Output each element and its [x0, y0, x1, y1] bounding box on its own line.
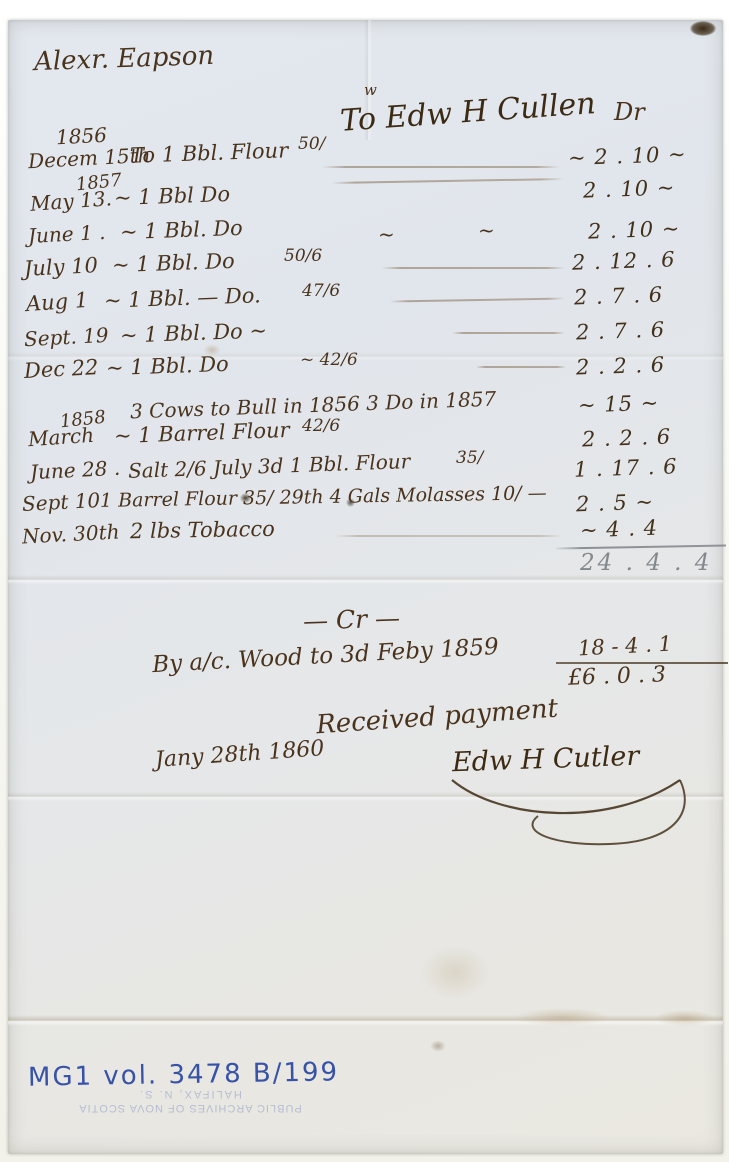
entry-amount: 2 . 7 . 6 — [574, 284, 664, 308]
year-1856: 1856 — [56, 125, 108, 148]
debtor-name: Alexr. Eapson — [34, 43, 215, 75]
entry-desc: ~ 1 Bbl. Do — [106, 354, 229, 379]
entry-date: Nov. 30th — [22, 521, 120, 546]
ruled-dash-line — [335, 535, 563, 537]
entry-amount: ~ 15 ~ — [578, 393, 660, 417]
entry-desc: ~ 1 Bbl Do — [114, 184, 231, 209]
ruled-dash-line — [390, 297, 565, 302]
credit-entry: By a/c. Wood to 3d Feby 1859 — [152, 636, 500, 677]
entry-desc: Salt 2/6 July 3d 1 Bbl. Flour — [128, 451, 411, 481]
pencil-sum-line — [556, 545, 726, 550]
entry-desc: To 1 Bbl. Flour — [130, 140, 289, 167]
ruled-dash-line — [476, 366, 566, 368]
entry-date: June 28 . — [30, 458, 121, 483]
entry-date: May 13. — [29, 188, 112, 214]
entry-amount: 2 . 2 . 6 — [576, 354, 666, 378]
entry-desc: ~ 1 Bbl. — Do. — [104, 285, 261, 311]
entry-amount: 2 . 10 ~ — [588, 218, 681, 242]
signature-flourish — [440, 762, 710, 852]
credit-amount-lower: £6 . 0 . 3 — [568, 664, 667, 689]
ruled-dash-line — [332, 178, 564, 184]
ditto-squiggle: ~ — [478, 220, 495, 240]
entry-date: Sept 10 — [22, 490, 101, 514]
entry-desc: 1 Barrel Flour 35/ 29th 4 Gals Molasses … — [100, 484, 547, 511]
entry-price: ~ 42/6 — [300, 352, 358, 369]
received-payment-line: Received payment — [315, 696, 559, 739]
ruled-dash-line — [382, 267, 565, 269]
entry-desc: ~ 1 Bbl. Do ~ — [120, 320, 268, 346]
dr-label: Dr — [614, 100, 645, 124]
entry-amount: 2 . 5 ~ — [576, 492, 655, 516]
ruled-dash-line — [452, 332, 565, 334]
entry-amount: ~ 2 . 10 ~ — [568, 144, 687, 169]
entry-price: 47/6 — [302, 283, 340, 300]
entry-amount: 2 . 2 . 6 — [582, 426, 672, 450]
entry-date: March — [27, 425, 94, 450]
entry-amount: 2 . 12 . 6 — [572, 249, 676, 274]
entry-price: 50/6 — [284, 248, 322, 265]
entry-date: Aug 1 — [25, 290, 88, 315]
archive-stamp-line2: HALIFAX, N. S. — [70, 1088, 310, 1100]
entry-date: Dec 22 — [24, 357, 99, 382]
entry-desc: ~ 1 Bbl. Do — [120, 218, 243, 243]
credit-amount-upper: 18 - 4 . 1 — [578, 634, 673, 660]
handwriting-layer: Alexr. Eapson w To Edw H Cullen Dr 1856 … — [0, 0, 729, 1162]
ruled-dash-line — [322, 166, 560, 168]
entry-date: June 1 . — [28, 222, 106, 246]
entry-price: 35/ — [456, 450, 483, 467]
closing-date: Jany 28th 1860 — [154, 738, 325, 772]
entry-amount: 2 . 10 ~ — [583, 177, 676, 201]
archive-reference: MG1 vol. 3478 B/199 — [28, 1059, 340, 1090]
entry-date: Sept. 19 — [24, 325, 109, 349]
entry-price: 42/6 — [302, 418, 340, 435]
entry-amount: 2 . 7 . 6 — [576, 319, 666, 343]
entry-amount: 1 . 17 . 6 — [574, 456, 678, 481]
payee-line: To Edw H Cullen — [339, 89, 596, 137]
credit-section-label: — Cr — — [303, 605, 401, 633]
payee-superscript: w — [364, 83, 377, 98]
entry-amount: ~ 4 . 4 — [580, 518, 659, 542]
ditto-squiggle: ~ — [378, 224, 395, 244]
entry-price: 50/ — [298, 136, 325, 153]
total-amount-pencil: 24 . 4 . 4 — [580, 552, 712, 575]
entry-desc: ~ 1 Bbl. Do — [112, 251, 235, 276]
entry-desc: 2 lbs Tobacco — [130, 519, 275, 543]
entry-desc: ~ 1 Barrel Flour — [114, 420, 290, 447]
entry-date: July 10 — [24, 255, 99, 280]
archive-stamp-line1: PUBLIC ARCHIVES OF NOVA SCOTIA — [70, 1102, 310, 1114]
archive-stamp: PUBLIC ARCHIVES OF NOVA SCOTIA HALIFAX, … — [70, 1088, 310, 1114]
